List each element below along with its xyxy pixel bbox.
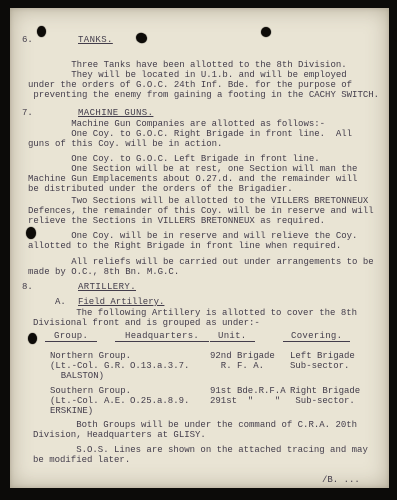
paragraph-mg-2: One Coy. to G.O.C. Left Brigade in front… [28, 154, 381, 194]
section-title: TANKS. [78, 35, 113, 45]
cell-headquarters: O.25.a.8.9. [130, 386, 210, 416]
artillery-table-header: Group. Headquarters. Unit. Covering. [50, 331, 381, 342]
cell-covering: Left Brigade Sub-sector. [290, 351, 381, 381]
cell-covering: Right Brigade Sub-sector. [290, 386, 381, 416]
paper: 6.TANKS. Three Tanks have been allotted … [10, 8, 389, 488]
document-scan: 6.TANKS. Three Tanks have been allotted … [0, 0, 397, 500]
table-row-northern-group: Northern Group. (Lt.-Col. G.R. BALSTON) … [50, 351, 381, 381]
column-header-unit: Unit. [210, 331, 290, 342]
cell-group: Southern Group. (Lt.-Col. A.E. ERSKINE) [50, 386, 130, 416]
paragraph-mg-3: Two Sections will be allotted to the VIL… [28, 196, 381, 226]
section-heading-artillery: 8.ARTILLERY. [22, 282, 381, 292]
cell-unit: 91st Bde.R.F.A 291st " " [210, 386, 290, 416]
subsection-title: Field Artillery. [78, 297, 164, 307]
cell-unit: 92nd Brigade R. F. A. [210, 351, 290, 381]
paragraph-mg-4: One Coy. will be in reserve and will rel… [28, 231, 381, 251]
punch-hole [393, 29, 397, 41]
section-title: ARTILLERY. [78, 282, 136, 292]
section-heading-machine-guns: 7.MACHINE GUNS. [22, 108, 381, 118]
paragraph-tanks: Three Tanks have been allotted to the 8t… [28, 60, 381, 100]
section-number: 8. [22, 282, 78, 292]
column-header-covering: Covering. [290, 331, 381, 342]
column-header-headquarters: Headquarters. [130, 331, 210, 342]
paragraph-mg-1: Machine Gun Companies are allotted as fo… [28, 119, 381, 149]
cell-headquarters: O.13.a.3.7. [130, 351, 210, 381]
section-number: 7. [22, 108, 78, 118]
paragraph-both-groups: Both Groups will be under the command of… [33, 420, 381, 440]
section-heading-tanks: 6.TANKS. [22, 35, 381, 45]
document-content: 6.TANKS. Three Tanks have been allotted … [10, 8, 389, 488]
section-number: 6. [22, 35, 78, 45]
paragraph-artillery-intro: The following Artillery is allotted to c… [33, 308, 381, 328]
subsection-letter: A. [55, 297, 78, 307]
paragraph-mg-5: All reliefs will be carried out under ar… [28, 257, 381, 277]
section-title: MACHINE GUNS. [78, 108, 153, 118]
table-row-southern-group: Southern Group. (Lt.-Col. A.E. ERSKINE) … [50, 386, 381, 416]
paragraph-sos-lines: S.O.S. Lines are shown on the attached t… [33, 445, 381, 465]
page-continuation-mark: /B. ... [322, 475, 381, 485]
subsection-field-artillery: A.Field Artillery. [55, 297, 381, 307]
cell-group: Northern Group. (Lt.-Col. G.R. BALSTON) [50, 351, 130, 381]
